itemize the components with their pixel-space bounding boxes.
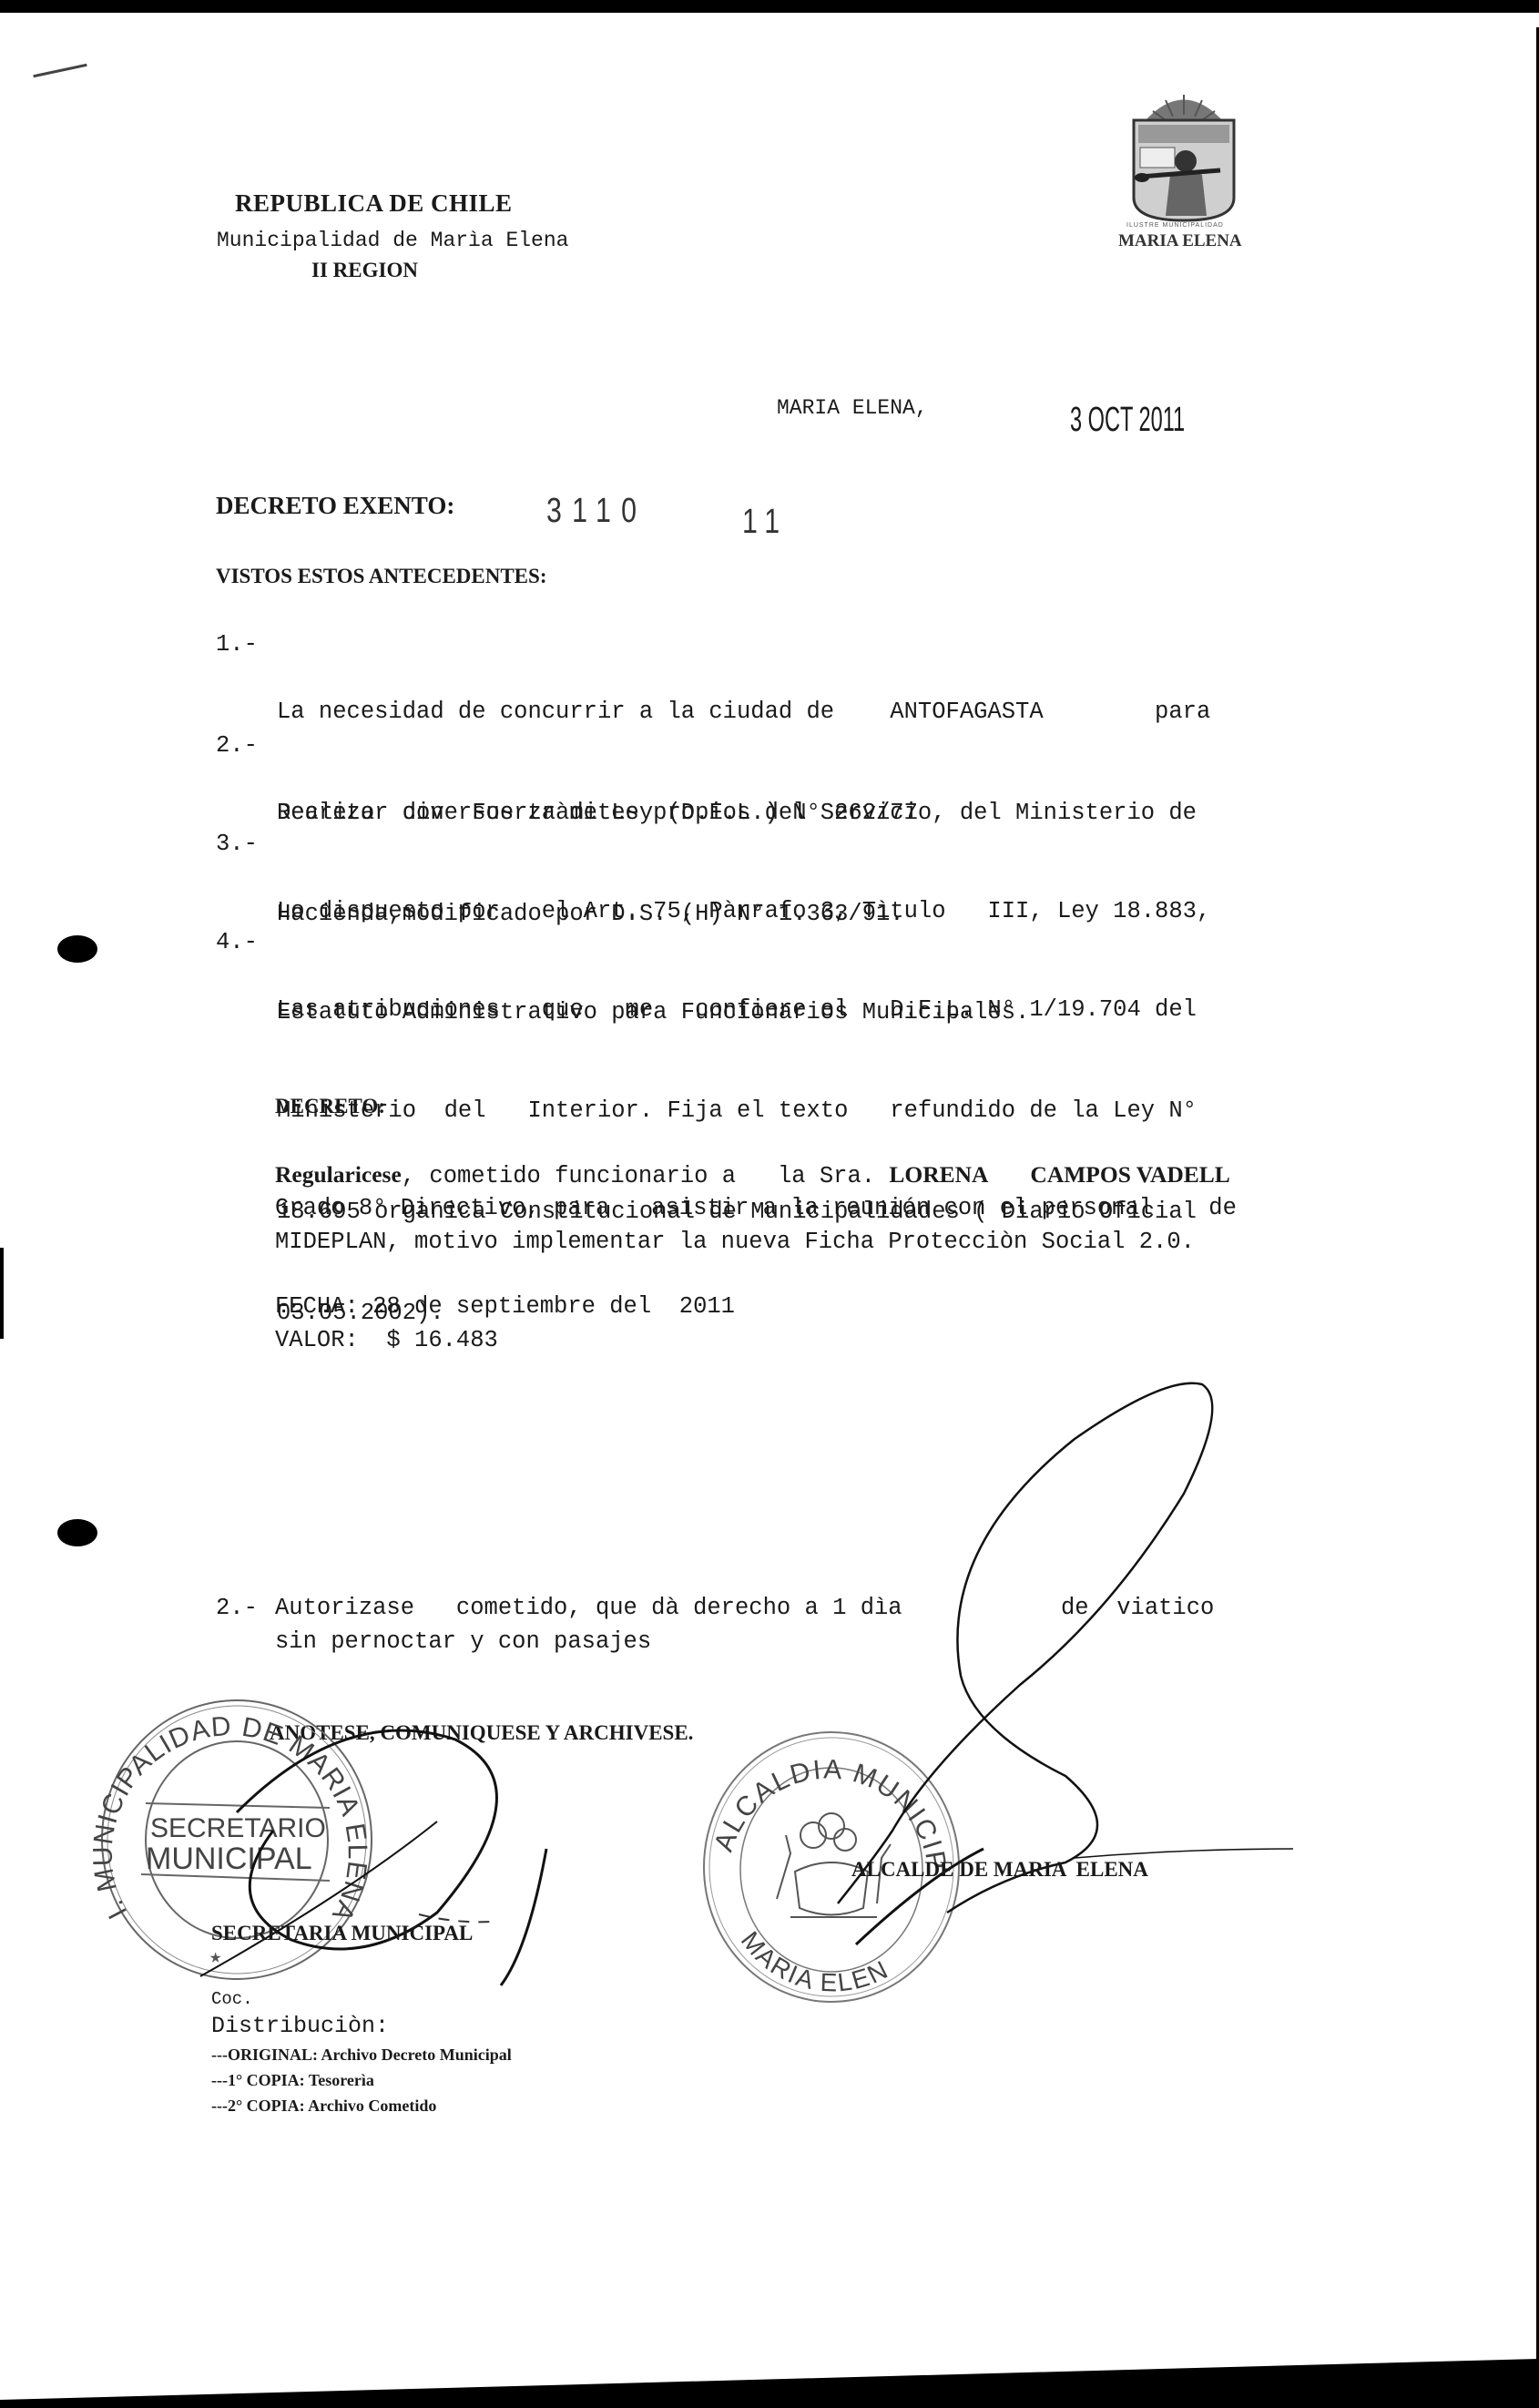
- vistos-heading: VISTOS ESTOS ANTECEDENTES:: [216, 565, 546, 588]
- distribution-item: ---2° COPIA: Archivo Cometido: [211, 2097, 436, 2116]
- item-line: Lo dispuesto por el Art. 75, Pàrrafo 3, …: [277, 894, 1210, 928]
- country-heading: REPUBLICA DE CHILE: [235, 189, 513, 218]
- initials: Coc.: [211, 1989, 253, 2009]
- logo-caption-small: ILUSTRE MUNICIPALIDAD: [1126, 222, 1224, 229]
- decree-number: 3110: [546, 492, 647, 531]
- secretary-signature: [164, 1712, 583, 2004]
- item-number: 1.-: [216, 628, 258, 661]
- distribution-item: ---ORIGINAL: Archivo Decreto Municipal: [211, 2046, 512, 2065]
- logo-caption: MARIA ELENA: [1118, 231, 1242, 251]
- resolution-line: Regularicese, cometido funcionario a la …: [275, 1158, 1230, 1193]
- scan-mark: [33, 64, 87, 77]
- item-number: 2.-: [216, 729, 258, 762]
- resolution-line: MIDEPLAN, motivo implementar la nueva Fi…: [275, 1225, 1195, 1259]
- item-line: Ministerio del Interior. Fija el texto r…: [277, 1094, 1197, 1127]
- resolution-text: , cometido funcionario a la Sra.: [402, 1163, 890, 1189]
- mayor-title: ALCALDE DE MARIA ELENA: [851, 1858, 1148, 1882]
- distribution-heading: Distribuciòn:: [211, 2013, 389, 2039]
- item-line: La necesidad de concurrir a la ciudad de…: [277, 695, 1210, 729]
- item-number: 2.-: [216, 1591, 258, 1625]
- secretary-title: SECRETARIA MUNICIPAL: [211, 1922, 473, 1945]
- decree-label: DECRETO EXENTO:: [216, 492, 454, 520]
- region-name: II REGION: [311, 259, 418, 282]
- date-field: FECHA: 28 de septiembre del 2011: [275, 1290, 735, 1323]
- item-line: Decreto con Fuerza de Ley (D.F.L.) N° 26…: [277, 796, 1197, 830]
- resolution-lead: Regularicese: [275, 1161, 402, 1188]
- scan-border-bottom: [0, 2353, 1539, 2408]
- punch-hole-icon: [57, 1519, 97, 1546]
- item-line: Las atribuciones que me confiere el D.F.…: [277, 993, 1197, 1026]
- amount-field: VALOR: $ 16.483: [275, 1323, 498, 1357]
- item-number: 3.-: [216, 827, 258, 861]
- employee-first-name: LORENA: [889, 1161, 988, 1188]
- punch-hole-icon: [57, 935, 97, 963]
- employee-last-name: CAMPOS VADELL: [1030, 1161, 1229, 1188]
- scan-border-top: [0, 0, 1539, 13]
- item-number: 4.-: [216, 925, 258, 959]
- place-label: MARIA ELENA,: [777, 396, 928, 420]
- distribution-item: ---1° COPIA: Tesorerìa: [211, 2071, 374, 2090]
- scan-border-left: [0, 1248, 4, 1339]
- municipality-name: Municipalidad de Marìa Elena: [217, 229, 568, 252]
- authorization-line: sin pernoctar y con pasajes: [275, 1625, 651, 1658]
- resolution-line: Grado 8° Directivo, para asistir a la re…: [275, 1191, 1237, 1225]
- decree-year-suffix: 11: [742, 503, 789, 542]
- date-stamp: 3 OCT 2011: [1070, 401, 1185, 440]
- resolution-heading: DECRETO:: [275, 1095, 385, 1118]
